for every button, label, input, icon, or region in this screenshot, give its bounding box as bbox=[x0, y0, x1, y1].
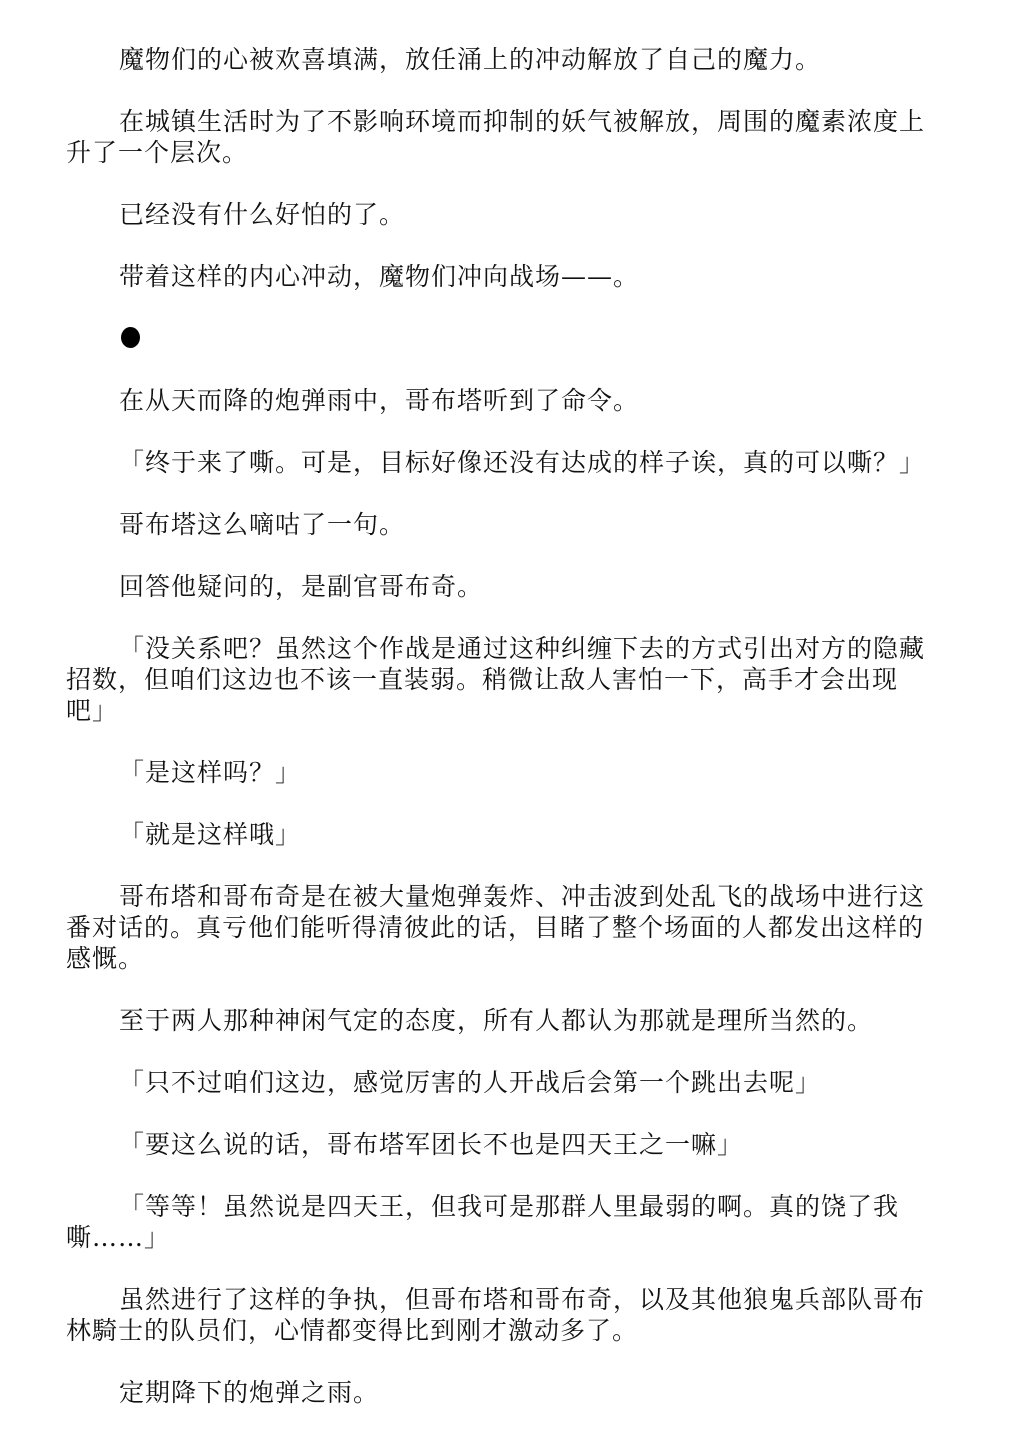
paragraph: 虽然进行了这样的争执，但哥布塔和哥布奇，以及其他狼鬼兵部队哥布林騎士的队员们，心… bbox=[66, 1284, 934, 1346]
dialog-line: 「只不过咱们这边，感觉厉害的人开战后会第一个跳出去呢」 bbox=[66, 1067, 934, 1098]
paragraph: 至于两人那种神闲气定的态度，所有人都认为那就是理所当然的。 bbox=[66, 1005, 934, 1036]
paragraph: 魔物们的心被欢喜填满，放任涌上的冲动解放了自己的魔力。 bbox=[66, 44, 934, 75]
paragraph: 带着这样的内心冲动，魔物们冲向战场——。 bbox=[66, 261, 934, 292]
document-page: 魔物们的心被欢喜填满，放任涌上的冲动解放了自己的魔力。 在城镇生活时为了不影响环… bbox=[66, 44, 934, 1437]
paragraph: 在从天而降的炮弹雨中，哥布塔听到了命令。 bbox=[66, 385, 934, 416]
paragraph: 哥布塔和哥布奇是在被大量炮弹轰炸、冲击波到处乱飞的战场中进行这番对话的。真亏他们… bbox=[66, 881, 934, 974]
dialog-line: 「终于来了嘶。可是，目标好像还没有达成的样子诶，真的可以嘶？」 bbox=[66, 447, 934, 478]
paragraph: 哥布塔这么嘀咕了一句。 bbox=[66, 509, 934, 540]
dialog-line: 「就是这样哦」 bbox=[66, 819, 934, 850]
dialog-line: 「没关系吧？虽然这个作战是通过这种纠缠下去的方式引出对方的隐藏招数，但咱们这边也… bbox=[66, 633, 934, 726]
paragraph: 定期降下的炮弹之雨。 bbox=[66, 1377, 934, 1408]
section-separator bbox=[66, 323, 934, 354]
bullet-dot-icon bbox=[121, 327, 140, 348]
paragraph: 在城镇生活时为了不影响环境而抑制的妖气被解放，周围的魔素浓度上升了一个层次。 bbox=[66, 106, 934, 168]
paragraph: 回答他疑问的，是副官哥布奇。 bbox=[66, 571, 934, 602]
dialog-line: 「要这么说的话，哥布塔军团长不也是四天王之一嘛」 bbox=[66, 1129, 934, 1160]
dialog-line: 「等等！虽然说是四天王，但我可是那群人里最弱的啊。真的饶了我嘶……」 bbox=[66, 1191, 934, 1253]
paragraph: 已经没有什么好怕的了。 bbox=[66, 199, 934, 230]
dialog-line: 「是这样吗？」 bbox=[66, 757, 934, 788]
